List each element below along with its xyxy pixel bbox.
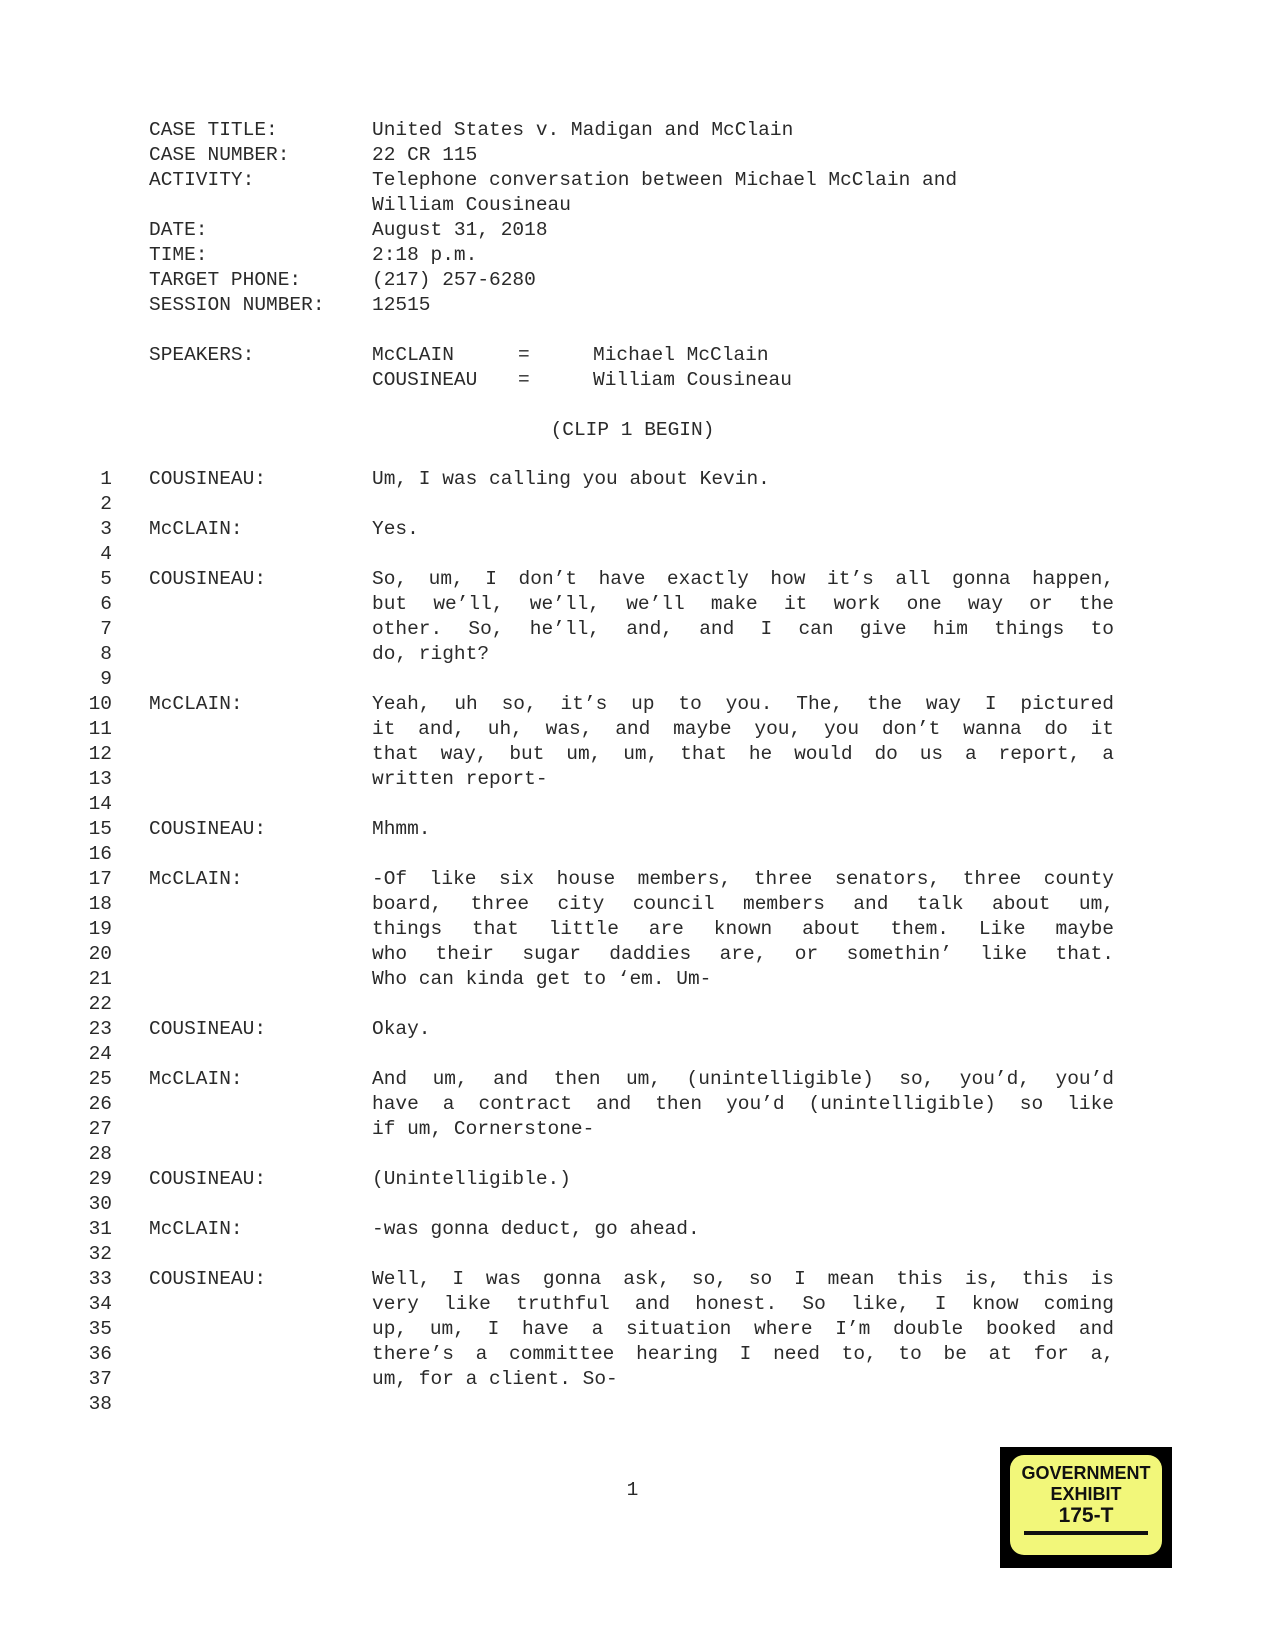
line-number: 8 xyxy=(80,642,112,666)
utterance-line: Um, I was calling you about Kevin. xyxy=(372,467,1114,491)
exhibit-underline xyxy=(1024,1531,1148,1535)
session-number-label: SESSION NUMBER: xyxy=(149,293,325,317)
utterance-line: up, um, I have a situation where I’m dou… xyxy=(372,1317,1114,1341)
speaker-full-cousineau: William Cousineau xyxy=(593,368,792,392)
utterance-line: And um, and then um, (unintelligible) so… xyxy=(372,1067,1114,1091)
utterance-line: -Of like six house members, three senato… xyxy=(372,867,1114,891)
utterance-line: other. So, he’ll, and, and I can give hi… xyxy=(372,617,1114,641)
utterance-line: that way, but um, um, that he would do u… xyxy=(372,742,1114,766)
line-number: 2 xyxy=(80,492,112,516)
time-value: 2:18 p.m. xyxy=(372,243,477,267)
speaker-name: McCLAIN: xyxy=(149,867,243,891)
line-number: 27 xyxy=(80,1117,112,1141)
line-number: 20 xyxy=(80,942,112,966)
utterance-line: Yes. xyxy=(372,517,1114,541)
speaker-name: McCLAIN: xyxy=(149,517,243,541)
speaker-eq: = xyxy=(518,343,530,367)
line-number: 37 xyxy=(80,1367,112,1391)
utterance-line: board, three city council members and ta… xyxy=(372,892,1114,916)
exhibit-number: 175-T xyxy=(1010,1504,1162,1528)
line-number: 29 xyxy=(80,1167,112,1191)
line-number: 25 xyxy=(80,1067,112,1091)
utterance-line: Okay. xyxy=(372,1017,1114,1041)
line-number: 18 xyxy=(80,892,112,916)
activity-value-cont: William Cousineau xyxy=(372,193,571,217)
time-label: TIME: xyxy=(149,243,208,267)
line-number: 24 xyxy=(80,1042,112,1066)
line-number: 23 xyxy=(80,1017,112,1041)
exhibit-line-2: EXHIBIT xyxy=(1010,1484,1162,1504)
line-number: 22 xyxy=(80,992,112,1016)
activity-value: Telephone conversation between Michael M… xyxy=(372,168,957,192)
line-number: 13 xyxy=(80,767,112,791)
speaker-name: COUSINEAU: xyxy=(149,1267,266,1291)
utterance-line: Mhmm. xyxy=(372,817,1114,841)
speaker-name: McCLAIN: xyxy=(149,1067,243,1091)
date-label: DATE: xyxy=(149,218,208,242)
speaker-name: COUSINEAU: xyxy=(149,817,266,841)
utterance-line: Who can kinda get to ‘em. Um- xyxy=(372,967,1114,991)
line-number: 38 xyxy=(80,1392,112,1416)
utterance-line: Well, I was gonna ask, so, so I mean thi… xyxy=(372,1267,1114,1291)
line-number: 5 xyxy=(80,567,112,591)
activity-label: ACTIVITY: xyxy=(149,168,254,192)
line-number: 32 xyxy=(80,1242,112,1266)
line-number: 36 xyxy=(80,1342,112,1366)
utterance-line: but we’ll, we’ll, we’ll make it work one… xyxy=(372,592,1114,616)
line-number: 9 xyxy=(80,667,112,691)
line-number: 31 xyxy=(80,1217,112,1241)
utterance-line: do, right? xyxy=(372,642,1114,666)
speaker-name: McCLAIN: xyxy=(149,692,243,716)
case-title-value: United States v. Madigan and McClain xyxy=(372,118,793,142)
utterance-line: very like truthful and honest. So like, … xyxy=(372,1292,1114,1316)
utterance-line: it and, uh, was, and maybe you, you don’… xyxy=(372,717,1114,741)
line-number: 34 xyxy=(80,1292,112,1316)
line-number: 30 xyxy=(80,1192,112,1216)
line-number: 6 xyxy=(80,592,112,616)
utterance-line: Yeah, uh so, it’s up to you. The, the wa… xyxy=(372,692,1114,716)
speaker-name: COUSINEAU: xyxy=(149,1167,266,1191)
line-number: 17 xyxy=(80,867,112,891)
utterance-line: So, um, I don’t have exactly how it’s al… xyxy=(372,567,1114,591)
line-number: 35 xyxy=(80,1317,112,1341)
utterance-line: written report- xyxy=(372,767,1114,791)
line-number: 1 xyxy=(80,467,112,491)
utterance-line: um, for a client. So- xyxy=(372,1367,1114,1391)
line-number: 26 xyxy=(80,1092,112,1116)
utterance-line: have a contract and then you’d (unintell… xyxy=(372,1092,1114,1116)
utterance-line: who their sugar daddies are, or somethin… xyxy=(372,942,1114,966)
line-number: 28 xyxy=(80,1142,112,1166)
line-number: 3 xyxy=(80,517,112,541)
speaker-eq: = xyxy=(518,368,530,392)
line-number: 21 xyxy=(80,967,112,991)
case-title-label: CASE TITLE: xyxy=(149,118,278,142)
case-number-value: 22 CR 115 xyxy=(372,143,477,167)
speaker-name: COUSINEAU: xyxy=(149,467,266,491)
line-number: 14 xyxy=(80,792,112,816)
speaker-name: COUSINEAU: xyxy=(149,1017,266,1041)
line-number: 16 xyxy=(80,842,112,866)
speaker-name: McCLAIN: xyxy=(149,1217,243,1241)
utterance-line: there’s a committee hearing I need to, t… xyxy=(372,1342,1114,1366)
line-number: 12 xyxy=(80,742,112,766)
line-number: 11 xyxy=(80,717,112,741)
utterance-line: things that little are known about them.… xyxy=(372,917,1114,941)
target-phone-label: TARGET PHONE: xyxy=(149,268,301,292)
speakers-label: SPEAKERS: xyxy=(149,343,254,367)
utterance-line: (Unintelligible.) xyxy=(372,1167,1114,1191)
session-number-value: 12515 xyxy=(372,293,431,317)
line-number: 10 xyxy=(80,692,112,716)
line-number: 7 xyxy=(80,617,112,641)
target-phone-value: (217) 257-6280 xyxy=(372,268,536,292)
government-exhibit-sticker: GOVERNMENT EXHIBIT 175-T xyxy=(1000,1447,1172,1568)
speaker-short-mcclain: McCLAIN xyxy=(372,343,454,367)
speaker-name: COUSINEAU: xyxy=(149,567,266,591)
line-number: 15 xyxy=(80,817,112,841)
speaker-short-cousineau: COUSINEAU xyxy=(372,368,477,392)
utterance-line: -was gonna deduct, go ahead. xyxy=(372,1217,1114,1241)
date-value: August 31, 2018 xyxy=(372,218,548,242)
exhibit-line-1: GOVERNMENT xyxy=(1010,1463,1162,1483)
clip-marker: (CLIP 1 BEGIN) xyxy=(0,418,1265,442)
case-number-label: CASE NUMBER: xyxy=(149,143,289,167)
exhibit-label: GOVERNMENT EXHIBIT 175-T xyxy=(1010,1455,1162,1555)
line-number: 33 xyxy=(80,1267,112,1291)
utterance-line: if um, Cornerstone- xyxy=(372,1117,1114,1141)
speaker-full-mcclain: Michael McClain xyxy=(593,343,769,367)
line-number: 19 xyxy=(80,917,112,941)
line-number: 4 xyxy=(80,542,112,566)
